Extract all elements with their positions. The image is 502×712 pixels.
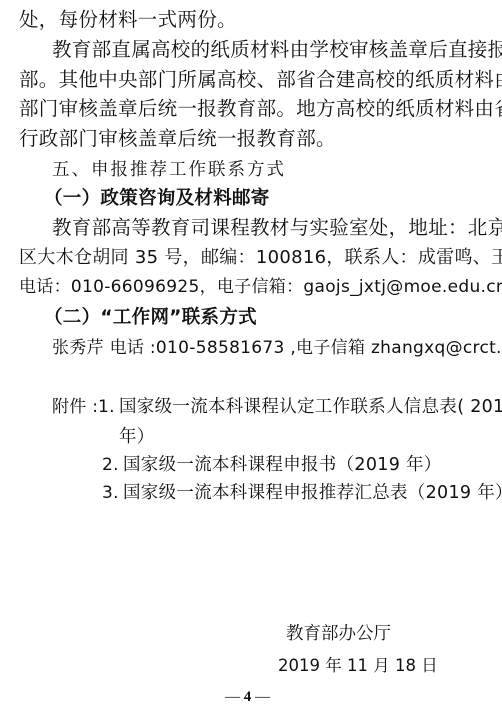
paragraph-line: 行政部门审核盖章后统一报教育部。 (19, 127, 336, 151)
signature-date: 2019 年 11 月 18 日 (278, 655, 438, 677)
attachment-number: 2. (102, 453, 119, 477)
page-number: — 4 — (225, 688, 270, 706)
attachment-item: 国家级一流本科课程申报推荐汇总表（2019 年） (123, 481, 502, 505)
section-heading: 五、申报推荐工作联系方式 (52, 158, 286, 182)
paragraph-line: 部。其他中央部门所属高校、部省合建高校的纸质材料由其主管 (19, 68, 502, 92)
attachments-label: 附件 : (52, 395, 98, 419)
subsection-heading: （一）政策咨询及材料邮寄 (44, 187, 270, 211)
contact-line: 张秀芹 电话 :010-58581673 ,电子信箱 zhangxq@crct.… (52, 336, 502, 360)
paragraph-line: 教育部直属高校的纸质材料由学校审核盖章后直接报教育 (52, 38, 502, 62)
paragraph-tail: 处，每份材料一式两份。 (19, 8, 237, 32)
paragraph-line: 部门审核盖章后统一报教育部。地方高校的纸质材料由省级教育 (19, 97, 502, 121)
attachment-item: 国家级一流本科课程认定工作联系人信息表( 2019 (119, 395, 502, 419)
contact-line: 区大木仓胡同 35 号，邮编：100816，联系人：成雷鸣、王繁， (19, 246, 502, 270)
attachment-number: 3. (102, 481, 119, 505)
attachment-number: 1. (98, 395, 115, 419)
page-dash-right: — (255, 689, 270, 705)
subsection-heading: （二）“工作网”联系方式 (44, 306, 257, 330)
page-dash-left: — (225, 689, 240, 705)
attachment-item: 国家级一流本科课程申报书（2019 年） (123, 453, 442, 477)
attachment-item-continued: 年） (119, 425, 155, 449)
signature-office: 教育部办公厅 (286, 623, 391, 645)
contact-line: 教育部高等教育司课程教材与实验室处，地址：北京市西城 (52, 216, 502, 240)
contact-line: 电话：010-66096925，电子信箱：gaojs_jxtj@moe.edu.… (19, 275, 502, 299)
page-number-value: 4 (244, 689, 252, 705)
